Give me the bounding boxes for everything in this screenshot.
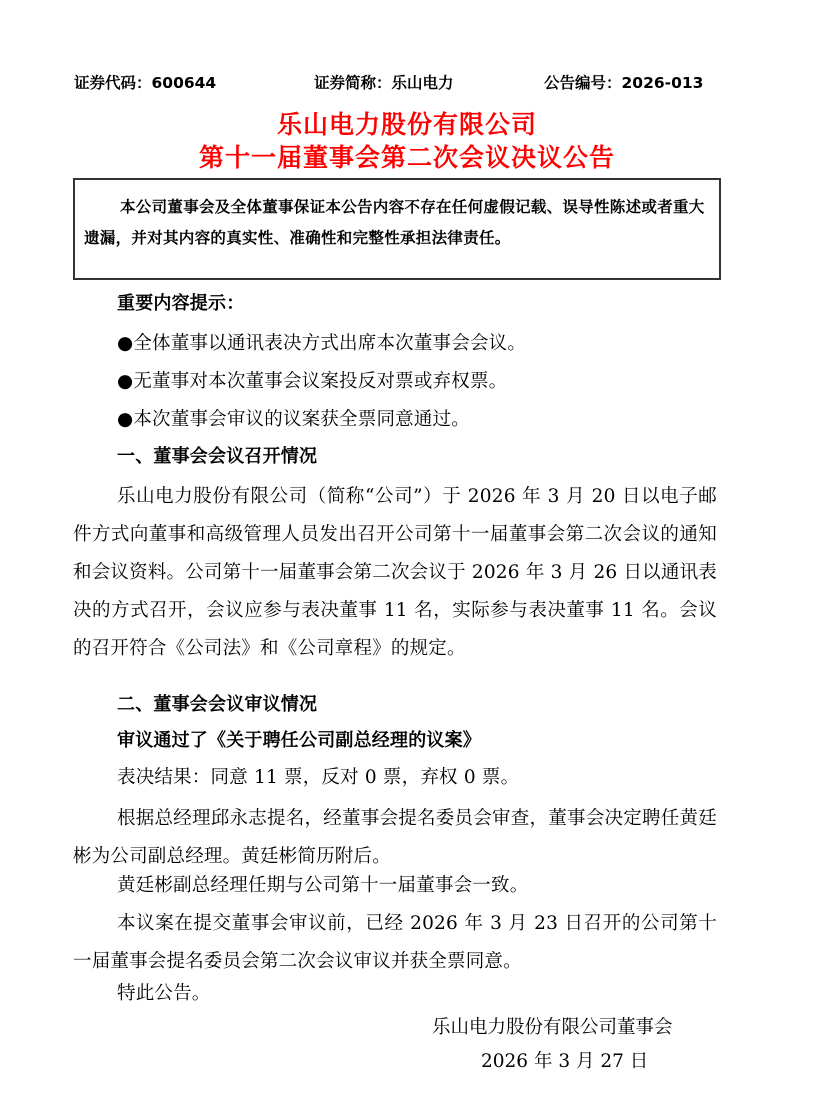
section-2-heading: 二、董事会会议审议情况 bbox=[73, 689, 717, 721]
section-1-paragraph: 乐山电力股份有限公司（简称“公司”）于 2026 年 3 月 20 日以电子邮件… bbox=[73, 478, 717, 668]
highlights-heading: 重要内容提示： bbox=[73, 288, 717, 320]
committee-paragraph: 本议案在提交董事会审议前，已经 2026 年 3 月 23 日召开的公司第十一届… bbox=[73, 905, 717, 981]
announcement-number: 公告编号：2026-013 bbox=[544, 72, 703, 94]
term-paragraph: 黄廷彬副总经理任期与公司第十一届董事会一致。 bbox=[73, 870, 717, 902]
document-header: 证券代码：600644 证券简称：乐山电力 公告编号：2026-013 bbox=[74, 72, 714, 94]
highlight-item: ●无董事对本次董事会议案投反对票或弃权票。 bbox=[73, 366, 717, 398]
closing-statement: 特此公告。 bbox=[73, 978, 717, 1010]
vote-result: 表决结果：同意 11 票，反对 0 票，弃权 0 票。 bbox=[73, 762, 717, 794]
security-code: 证券代码：600644 bbox=[74, 72, 216, 94]
security-abbreviation: 证券简称：乐山电力 bbox=[314, 72, 454, 94]
company-title: 乐山电力股份有限公司 bbox=[0, 109, 814, 141]
disclaimer-text: 本公司董事会及全体董事保证本公告内容不存在任何虚假记载、误导性陈述或者重大遗漏，… bbox=[84, 192, 714, 254]
disclaimer-box: 本公司董事会及全体董事保证本公告内容不存在任何虚假记载、误导性陈述或者重大遗漏，… bbox=[73, 178, 721, 280]
appointment-paragraph: 根据总经理邱永志提名，经董事会提名委员会审查，董事会决定聘任黄廷彬为公司副总经理… bbox=[73, 800, 717, 876]
signature-org: 乐山电力股份有限公司董事会 bbox=[432, 1012, 673, 1044]
signature-date: 2026 年 3 月 27 日 bbox=[481, 1046, 648, 1078]
motion-title: 审议通过了《关于聘任公司副总经理的议案》 bbox=[73, 725, 717, 757]
highlight-item: ●本次董事会审议的议案获全票同意通过。 bbox=[73, 404, 717, 436]
section-1-heading: 一、董事会会议召开情况 bbox=[73, 441, 717, 473]
announcement-title: 第十一届董事会第二次会议决议公告 bbox=[0, 142, 814, 174]
highlight-item: ●全体董事以通讯表决方式出席本次董事会会议。 bbox=[73, 328, 717, 360]
announcement-page: 证券代码：600644 证券简称：乐山电力 公告编号：2026-013 乐山电力… bbox=[0, 0, 814, 1116]
